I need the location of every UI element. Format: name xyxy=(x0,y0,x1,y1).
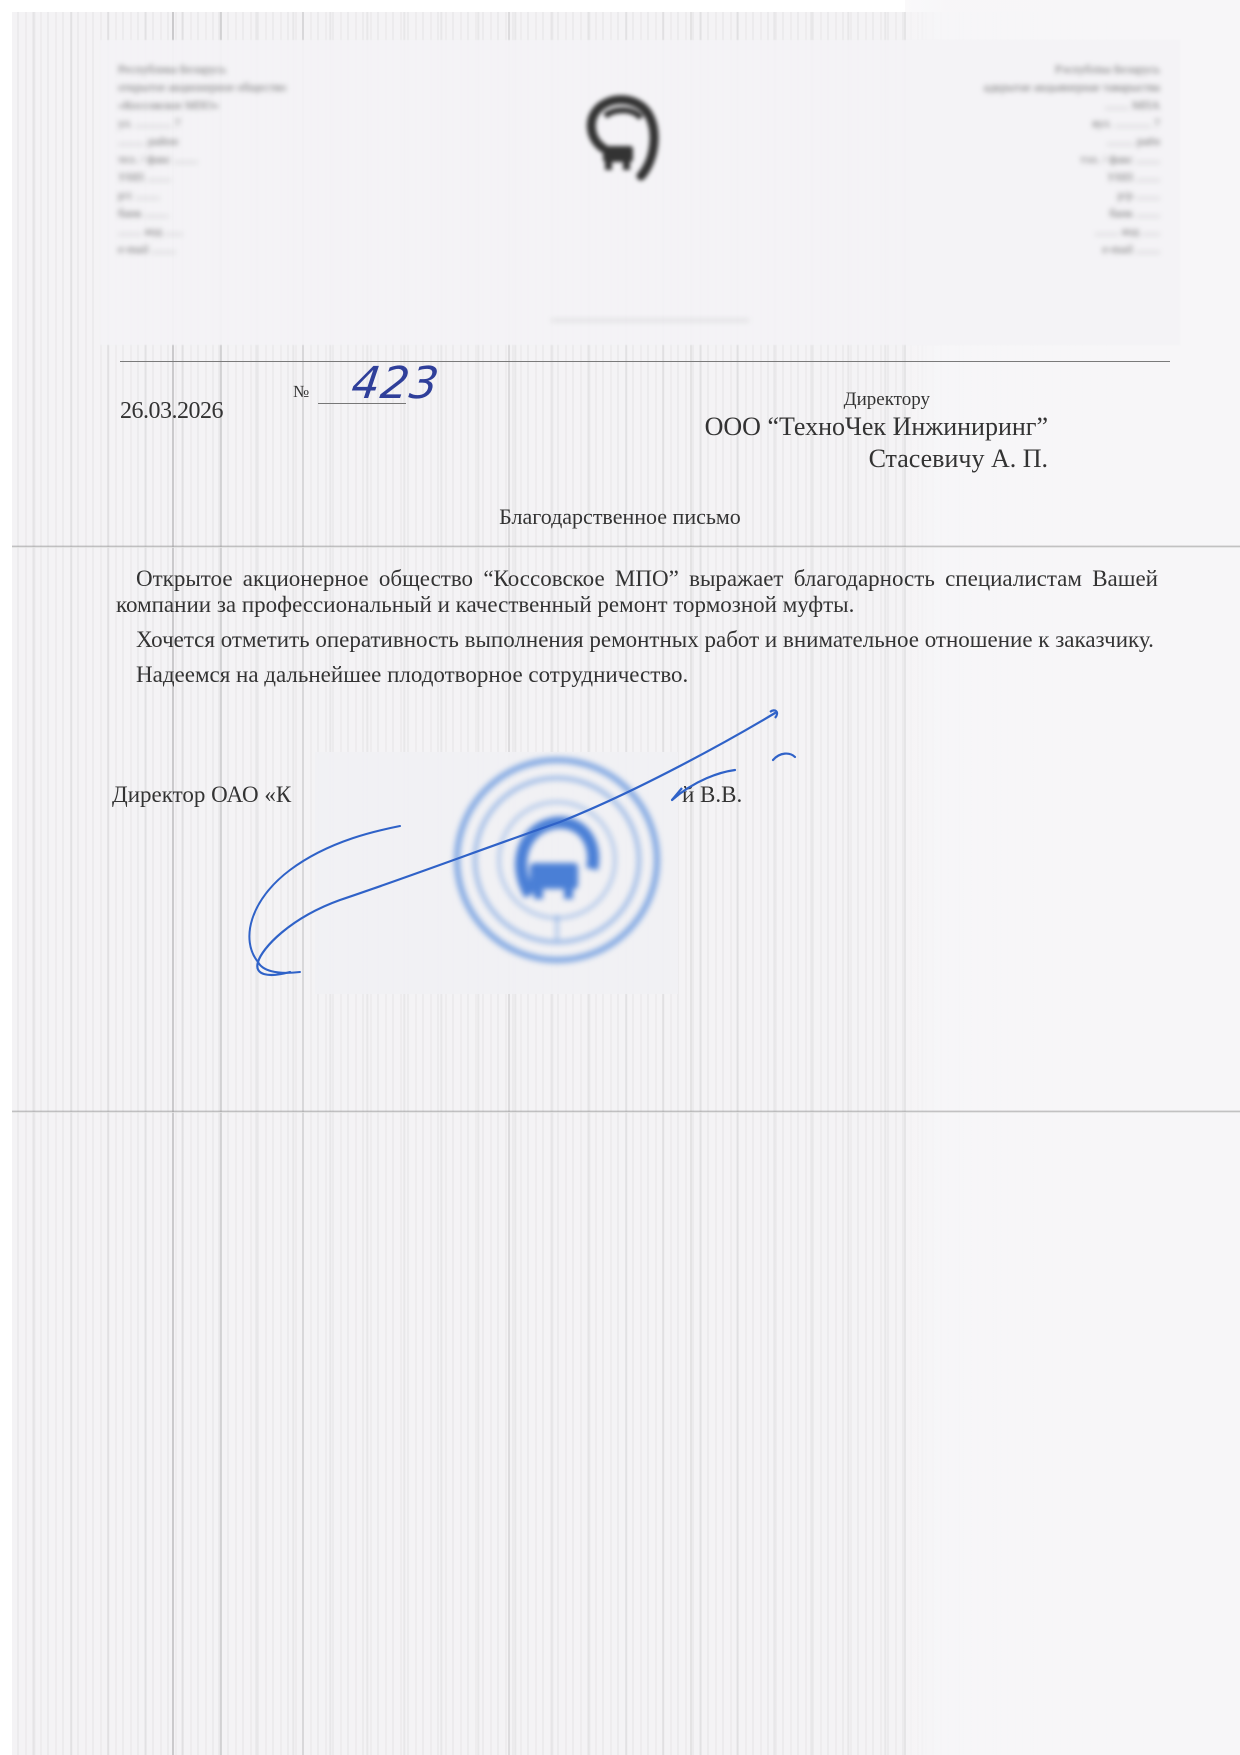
letterhead-line: Республика Беларусь xyxy=(118,60,418,78)
letterhead-line: ........ МПА xyxy=(800,96,1160,114)
letterhead-footer-line: ........................................… xyxy=(180,312,1120,324)
letterhead: Республика Беларусь открытое акционерное… xyxy=(100,40,1180,345)
letterhead-line: вул. ............ 7 xyxy=(800,114,1160,132)
body-paragraph: Открытое акционерное общество “Коссовско… xyxy=(116,566,1158,618)
letterhead-line: ......... раён xyxy=(800,132,1160,150)
letterhead-line: Рэспубліка Беларусь xyxy=(800,60,1160,78)
letterhead-line: ........ код ...... xyxy=(118,222,418,240)
letterhead-line: р/с ........ xyxy=(118,186,418,204)
letterhead-line: банк ........ xyxy=(118,204,418,222)
letterhead-line: УНП ........ xyxy=(800,168,1160,186)
letterhead-line: тэл. / факс ........ xyxy=(800,150,1160,168)
addressee-name: Стасевичу А. П. xyxy=(705,442,1048,476)
body-paragraph: Хочется отметить оперативность выполнени… xyxy=(116,627,1158,653)
addressee-block: Директору ООО “ТехноЧек Инжиниринг” Стас… xyxy=(705,388,1048,476)
paper-fold-line xyxy=(12,1110,1240,1113)
letterhead-line: р/р ........ xyxy=(800,186,1160,204)
letterhead-right-block: Рэспубліка Беларусь адкрытае акцыянернае… xyxy=(800,60,1160,258)
letterhead-divider xyxy=(120,361,1170,362)
letterhead-line: e-mail ........ xyxy=(118,240,418,258)
number-label: № xyxy=(293,382,309,402)
addressee-role: Директору xyxy=(705,388,930,412)
letter-date: 26.03.2026 xyxy=(120,398,223,425)
letterhead-line: банк ........ xyxy=(800,204,1160,222)
letter-body: Открытое акционерное общество “Коссовско… xyxy=(116,566,1158,697)
paper-fold-line xyxy=(12,545,1240,548)
letterhead-left-block: Республика Беларусь открытое акционерное… xyxy=(118,60,418,258)
letter-title: Благодарственное письмо xyxy=(0,504,1240,530)
round-stamp-icon xyxy=(442,745,672,975)
letterhead-line: ......... район xyxy=(118,132,418,150)
letterhead-line: e-mail ........ xyxy=(800,240,1160,258)
signatory-initials: й В.В. xyxy=(682,782,742,808)
letterhead-line: «Коссовское МПО» xyxy=(118,96,418,114)
letterhead-line: тел. / факс ........ xyxy=(118,150,418,168)
handwritten-number: 423 xyxy=(348,358,442,409)
body-paragraph: Надеемся на дальнейшее плодотворное сотр… xyxy=(116,662,1158,688)
letterhead-line: ........ код ...... xyxy=(800,222,1160,240)
letterhead-line: открытое акционерное общество xyxy=(118,78,418,96)
company-logo-icon xyxy=(585,90,661,186)
letterhead-line: адкрытае акцыянернае таварыства xyxy=(800,78,1160,96)
addressee-organization: ООО “ТехноЧек Инжиниринг” xyxy=(705,412,1048,442)
signatory-title: Директор ОАО «К xyxy=(112,782,291,808)
letterhead-line: УНП ........ xyxy=(118,168,418,186)
letterhead-line: ул. ............ 7 xyxy=(118,114,418,132)
